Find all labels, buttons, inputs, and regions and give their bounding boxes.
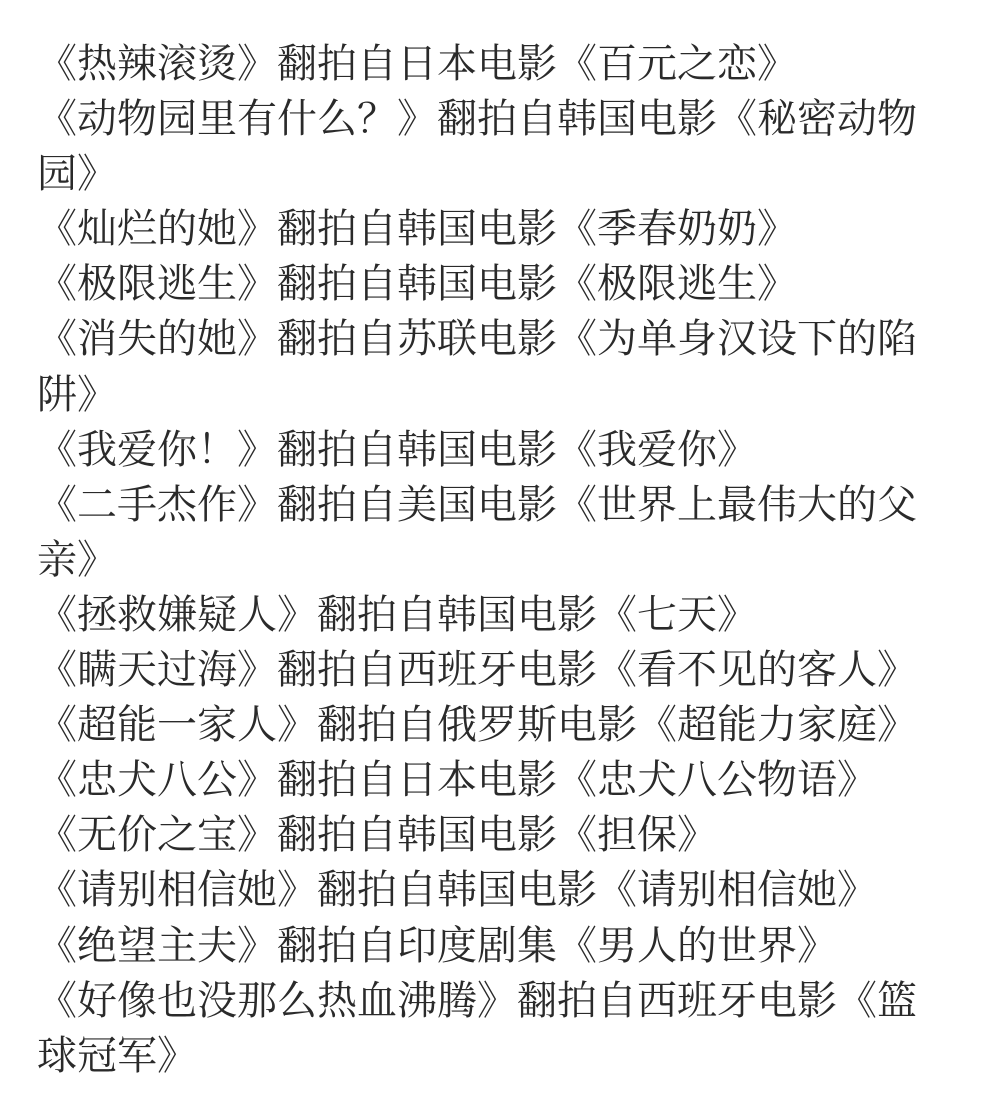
list-item: 《忠犬八公》翻拍自日本电影《忠犬八公物语》 <box>37 753 942 808</box>
list-item: 《超能一家人》翻拍自俄罗斯电影《超能力家庭》 <box>37 698 942 753</box>
list-item: 《消失的她》翻拍自苏联电影《为单身汉设下的陷阱》 <box>37 312 942 422</box>
remake-list: 《热辣滚烫》翻拍自日本电影《百元之恋》 《动物园里有什么？》翻拍自韩国电影《秘密… <box>37 37 942 1084</box>
list-item: 《瞒天过海》翻拍自西班牙电影《看不见的客人》 <box>37 643 942 698</box>
list-item: 《好像也没那么热血沸腾》翻拍自西班牙电影《篮球冠军》 <box>37 974 942 1084</box>
list-item: 《绝望主夫》翻拍自印度剧集《男人的世界》 <box>37 919 942 974</box>
list-item: 《极限逃生》翻拍自韩国电影《极限逃生》 <box>37 257 942 312</box>
list-item: 《二手杰作》翻拍自美国电影《世界上最伟大的父亲》 <box>37 478 942 588</box>
list-item: 《无价之宝》翻拍自韩国电影《担保》 <box>37 808 942 863</box>
list-item: 《拯救嫌疑人》翻拍自韩国电影《七天》 <box>37 588 942 643</box>
list-item: 《热辣滚烫》翻拍自日本电影《百元之恋》 <box>37 37 942 92</box>
list-item: 《灿烂的她》翻拍自韩国电影《季春奶奶》 <box>37 202 942 257</box>
list-item: 《动物园里有什么？》翻拍自韩国电影《秘密动物园》 <box>37 92 942 202</box>
list-item: 《我爱你！》翻拍自韩国电影《我爱你》 <box>37 423 942 478</box>
list-item: 《请别相信她》翻拍自韩国电影《请别相信她》 <box>37 863 942 918</box>
